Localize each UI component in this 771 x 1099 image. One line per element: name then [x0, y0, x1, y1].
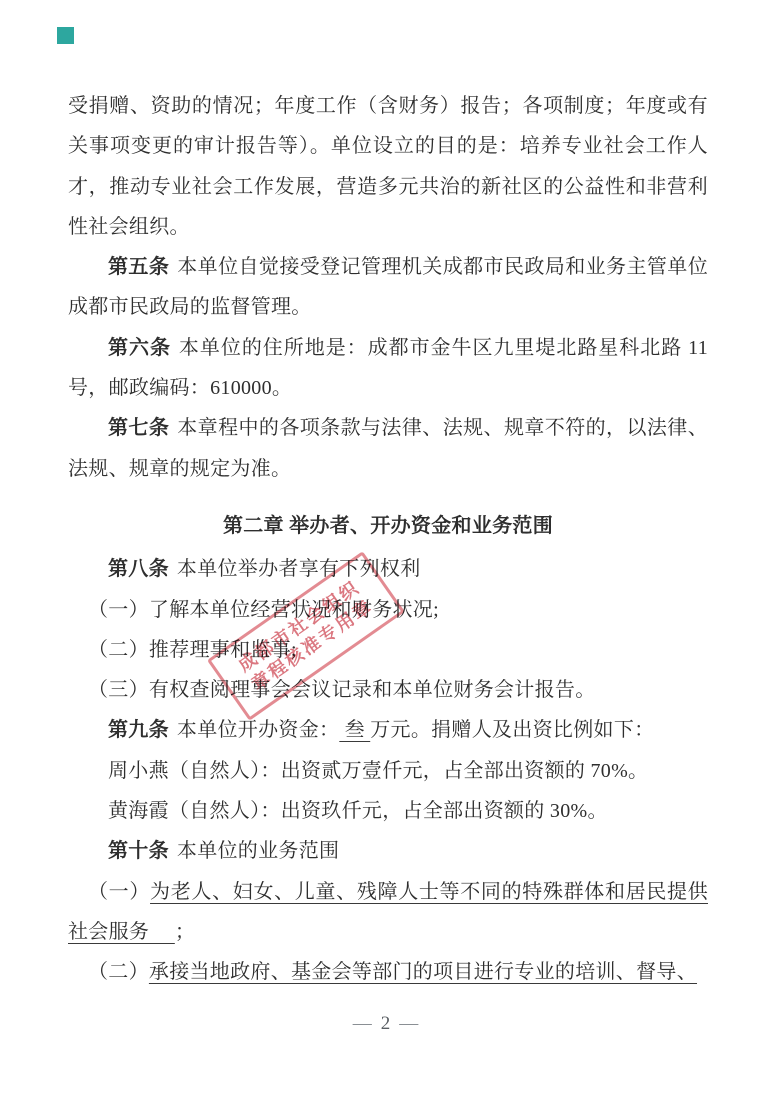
- article-10-item-1-suffix: ；: [175, 921, 195, 943]
- chapter-2-heading: 第二章 举办者、开办资金和业务范围: [68, 506, 708, 546]
- article-10-item-1: （一）为老人、妇女、儿童、残障人士等不同的特殊群体和居民提供社会服务 ；: [68, 872, 708, 953]
- article-10-item-2-prefix: （二）: [88, 961, 149, 983]
- article-10-item-2-underlined-text: 承接当地政府、基金会等部门的项目进行专业的培训、督导、: [149, 961, 697, 983]
- article-10-item-1-prefix: （一）: [88, 881, 150, 903]
- page-number-right-dash: —: [399, 1013, 418, 1034]
- document-page: 受捐赠、资助的情况；年度工作（含财务）报告；各项制度；年度或有关事项变更的审计报…: [0, 0, 771, 1099]
- article-10-item-2: （二）承接当地政府、基金会等部门的项目进行专业的培训、督导、: [68, 952, 708, 992]
- article-9-text-after: 万元。捐赠人及出资比例如下：: [370, 719, 654, 741]
- article-10-text: 本单位的业务范围: [177, 840, 339, 862]
- article-10: 第十条本单位的业务范围: [68, 831, 708, 871]
- page-number: —2—: [0, 1013, 771, 1035]
- article-9-label: 第九条: [108, 719, 169, 741]
- article-8: 第八条本单位举办者享有下列权利: [68, 549, 708, 589]
- article-9-capital-amount: 叁: [339, 719, 370, 741]
- page-number-left-dash: —: [353, 1013, 372, 1034]
- document-body: 受捐赠、资助的情况；年度工作（含财务）报告；各项制度；年度或有关事项变更的审计报…: [68, 86, 708, 993]
- article-9-donor-2: 黄海霞（自然人）：出资玖仟元，占全部出资额的 30%。: [68, 791, 708, 831]
- article-10-label: 第十条: [108, 840, 169, 862]
- article-9-donor-1: 周小燕（自然人）：出资贰万壹仟元，占全部出资额的 70%。: [68, 751, 708, 791]
- article-8-item-2: （二）推荐理事和监事;: [68, 630, 708, 670]
- article-10-item-1-underlined-text: 为老人、妇女、儿童、残障人士等不同的特殊群体和居民提供社会服务: [68, 881, 708, 943]
- article-7-label: 第七条: [108, 417, 169, 439]
- article-5: 第五条本单位自觉接受登记管理机关成都市民政局和业务主管单位成都市民政局的监督管理…: [68, 247, 708, 328]
- article-6-label: 第六条: [108, 337, 171, 359]
- article-9-text-before: 本单位开办资金：: [177, 719, 339, 741]
- article-9: 第九条本单位开办资金： 叁 万元。捐赠人及出资比例如下：: [68, 710, 708, 750]
- article-8-text: 本单位举办者享有下列权利: [177, 558, 421, 580]
- paragraph-continuation: 受捐赠、资助的情况；年度工作（含财务）报告；各项制度；年度或有关事项变更的审计报…: [68, 86, 708, 247]
- article-6: 第六条本单位的住所地是：成都市金牛区九里堤北路星科北路 11 号，邮政编码：61…: [68, 328, 708, 409]
- article-8-label: 第八条: [108, 558, 169, 580]
- scan-artifact-mark: [57, 27, 74, 44]
- page-number-value: 2: [381, 1013, 391, 1034]
- article-8-item-3: （三）有权查阅理事会会议记录和本单位财务会计报告。: [68, 670, 708, 710]
- article-7: 第七条本章程中的各项条款与法律、法规、规章不符的，以法律、法规、规章的规定为准。: [68, 408, 708, 489]
- article-5-label: 第五条: [108, 256, 169, 278]
